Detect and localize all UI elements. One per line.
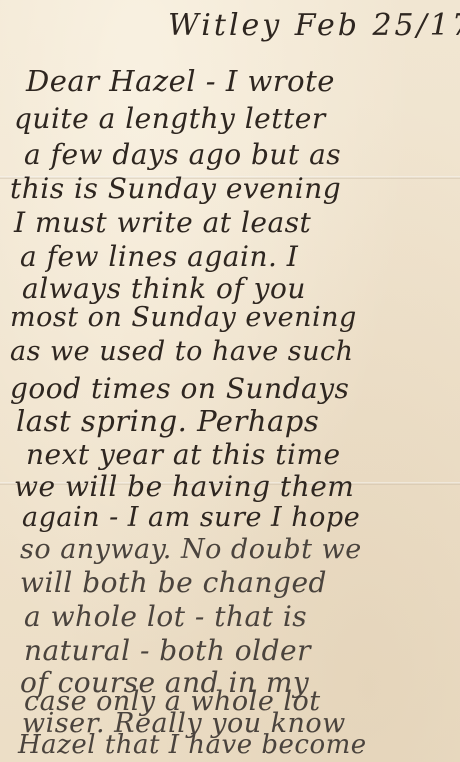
letter-line: natural - both older [24,634,311,667]
letter-line: I must write at least [14,206,311,239]
letter-line: good times on Sundays [10,372,349,405]
letter-line: last spring. Perhaps [16,404,319,438]
letter-line: again - I am sure I hope [22,502,360,533]
letter-line: so anyway. No doubt we [20,534,362,565]
letter-heading: Witley Feb 25/17 [168,8,460,43]
letter-line: most on Sunday evening [10,302,357,333]
letter-line: this is Sunday evening [10,172,341,205]
letter-line: a few days ago but as [24,138,341,171]
letter-line: Hazel that I have become [18,730,367,760]
letter-line: Dear Hazel - I wrote [26,64,335,98]
letter-line: next year at this time [26,438,341,471]
letter-line: quite a lengthy letter [14,102,326,135]
letter-page: Witley Feb 25/17 Dear Hazel - I wrote qu… [0,0,460,762]
letter-line: a whole lot - that is [24,600,307,633]
letter-line: as we used to have such [10,336,354,367]
letter-line: always think of you [22,272,306,305]
letter-line: we will be having them [14,470,354,503]
letter-line: will both be changed [20,566,327,599]
letter-line: a few lines again. I [20,240,298,273]
